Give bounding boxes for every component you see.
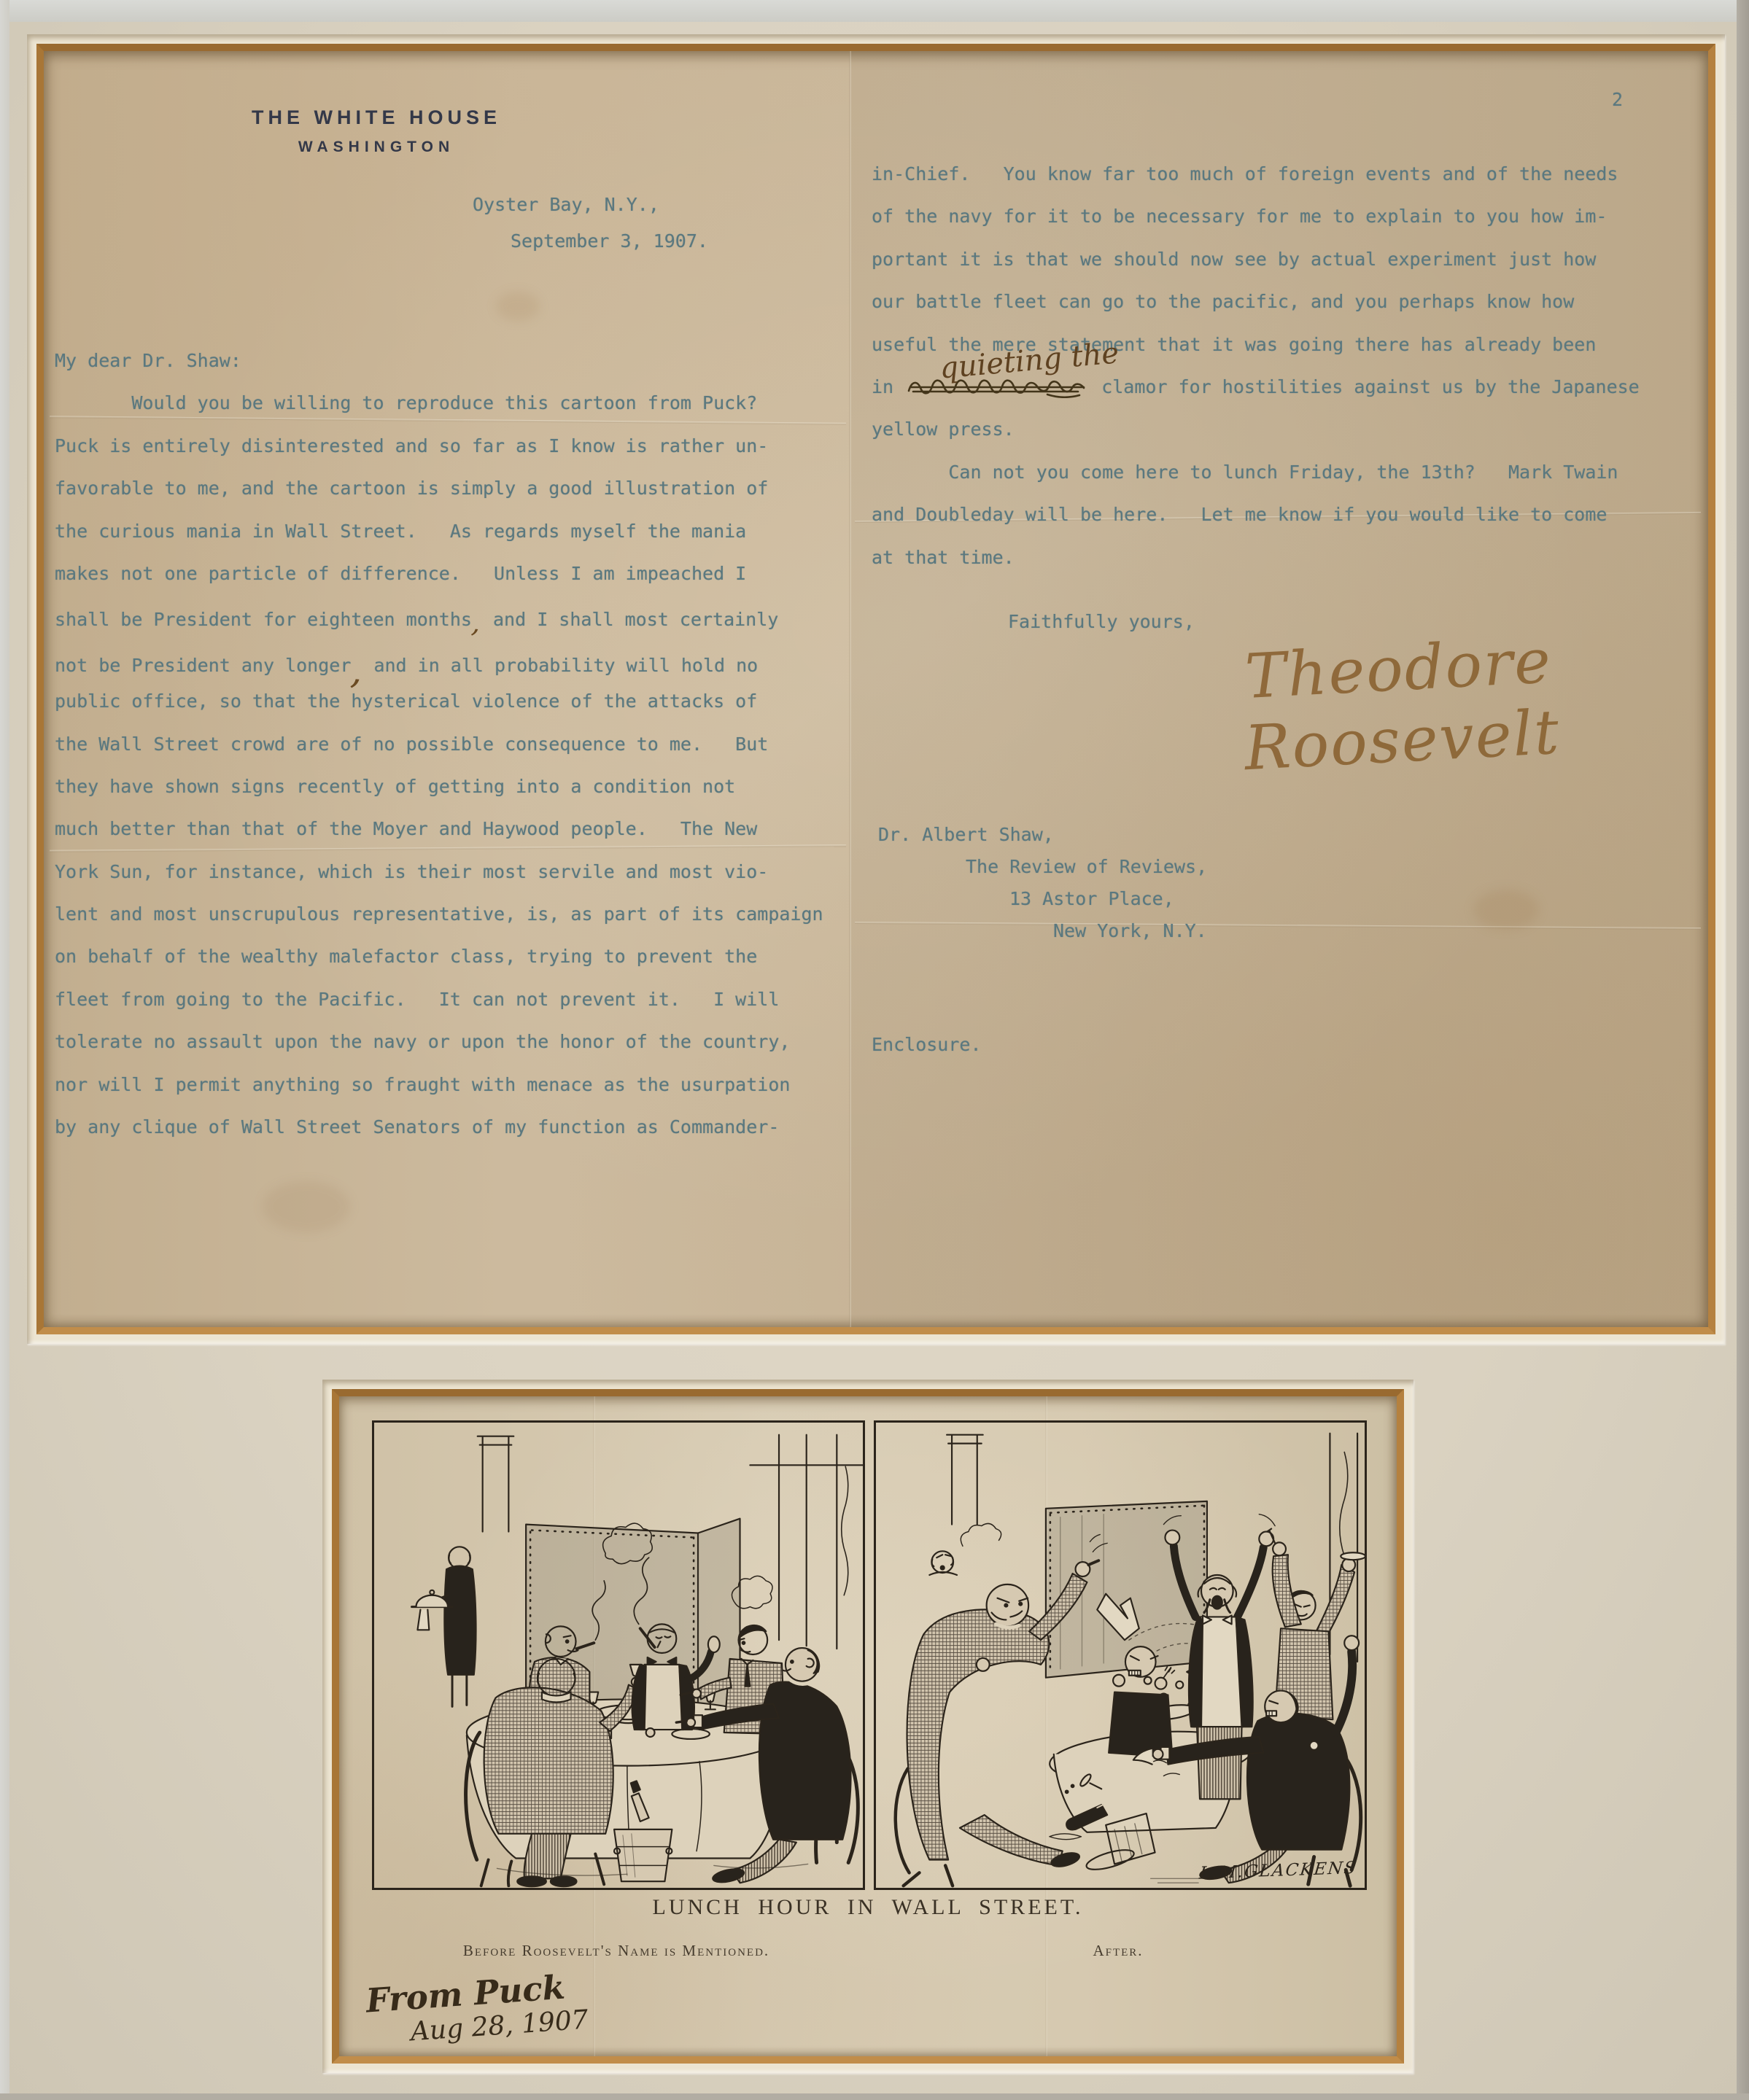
paper-stain <box>1473 890 1539 930</box>
address-line: 13 Astor Place, <box>878 887 1207 919</box>
address-line: New York, N.Y. <box>878 919 1207 951</box>
cartoon-before-art <box>374 1423 863 1888</box>
cartoon-gilt-fillet: L.M.GLACKENS LUNCH HOUR IN WALL STREET. … <box>332 1389 1404 2064</box>
cartoon-title: LUNCH HOUR IN WALL STREET. <box>339 1895 1397 1920</box>
letterhead-line1: THE WHITE HOUSE <box>44 106 709 129</box>
typed-line: on behalf of the wealthy malefactor clas… <box>55 944 823 987</box>
typed-line: our battle fleet can go to the pacific, … <box>872 289 1640 332</box>
frame-edge-bottom <box>0 2093 1749 2100</box>
letter-paper: 2 THE WHITE HOUSE WASHINGTON Oyster Bay,… <box>44 51 1708 1327</box>
typed-fragment: and I shall most certainly <box>482 609 778 630</box>
cartoon-panel-after <box>874 1420 1367 1890</box>
paper-stain <box>263 1181 350 1232</box>
dateline-place: Oyster Bay, N.Y., <box>473 194 659 215</box>
typed-line: the curious mania in Wall Street. As reg… <box>55 519 823 561</box>
typed-line: not be President any longer, and in all … <box>55 647 823 689</box>
letter-gilt-fillet: 2 THE WHITE HOUSE WASHINGTON Oyster Bay,… <box>36 44 1715 1334</box>
handwritten-comma: , <box>470 610 483 636</box>
address-line: The Review of Reviews, <box>878 855 1207 887</box>
frame-edge-left <box>0 0 9 2100</box>
typed-line: favorable to me, and the cartoon is simp… <box>55 476 823 518</box>
typed-line: makes not one particle of difference. Un… <box>55 561 823 604</box>
frame-edge-top <box>0 0 1749 22</box>
letter-mat-opening: 2 THE WHITE HOUSE WASHINGTON Oyster Bay,… <box>27 34 1725 1344</box>
typed-line: the Wall Street crowd are of no possible… <box>55 732 823 774</box>
typed-fragment: not be President any longer <box>55 655 351 676</box>
closing-line: Faithfully yours, <box>1008 611 1195 632</box>
signature-theodore-roosevelt: Theodore Roosevelt <box>1076 616 1708 793</box>
typed-line: by any clique of Wall Street Senators of… <box>55 1115 823 1157</box>
paper-fold-center <box>849 51 851 1327</box>
typed-line: of the navy for it to be necessary for m… <box>872 204 1640 246</box>
frame-edge-right <box>1737 0 1749 2100</box>
typed-line: fleet from going to the Pacific. It can … <box>55 987 823 1030</box>
enclosure-line: Enclosure. <box>872 1034 982 1055</box>
handwritten-comma: , <box>350 658 363 683</box>
typed-fragment: and in all probability will hold no <box>362 655 758 676</box>
letterhead-line2: WASHINGTON <box>44 139 709 156</box>
typed-line: My dear Dr. Shaw: <box>55 349 823 391</box>
typed-line: yellow press. <box>872 417 1640 459</box>
typed-fragment: in <box>872 376 904 397</box>
framed-photo: 2 THE WHITE HOUSE WASHINGTON Oyster Bay,… <box>0 0 1749 2100</box>
cartoon-panel-before <box>372 1420 865 1890</box>
typed-line: they have shown signs recently of gettin… <box>55 774 823 817</box>
typed-line: shall be President for eighteen months, … <box>55 604 823 646</box>
cartoon-caption-after: After. <box>874 1942 1362 1960</box>
cartoon-caption-before: Before Roosevelt's Name is Mentioned. <box>372 1942 861 1960</box>
typed-line: nor will I permit anything so fraught wi… <box>55 1073 823 1115</box>
typed-line: Can not you come here to lunch Friday, t… <box>872 460 1640 502</box>
address-line: Dr. Albert Shaw, <box>878 822 1207 855</box>
cartoon-paper: L.M.GLACKENS LUNCH HOUR IN WALL STREET. … <box>339 1396 1397 2056</box>
dateline-date: September 3, 1907. <box>511 230 708 252</box>
cartoon-mat-opening: L.M.GLACKENS LUNCH HOUR IN WALL STREET. … <box>322 1380 1413 2073</box>
typed-line: Would you be willing to reproduce this c… <box>55 391 823 433</box>
typed-line: portant it is that we should now see by … <box>872 247 1640 289</box>
typed-line: in-Chief. You know far too much of forei… <box>872 162 1640 204</box>
typed-line: much better than that of the Moyer and H… <box>55 817 823 859</box>
address-block: Dr. Albert Shaw, The Review of Reviews, … <box>878 822 1207 951</box>
typed-line: York Sun, for instance, which is their m… <box>55 860 823 902</box>
handwritten-provenance-note: From Puck Aug 28, 1907 <box>365 1967 589 2050</box>
typed-line: public office, so that the hysterical vi… <box>55 689 823 731</box>
page-number: 2 <box>1612 89 1623 110</box>
typed-line: Puck is entirely disinterested and so fa… <box>55 434 823 476</box>
typed-fragment: shall be President for eighteen months <box>55 609 472 630</box>
typed-line: tolerate no assault upon the navy or upo… <box>55 1030 823 1072</box>
typed-line: and Doubleday will be here. Let me know … <box>872 502 1640 545</box>
typed-line: at that time. <box>872 545 1640 588</box>
letter-body-left: My dear Dr. Shaw: Would you be willing t… <box>55 349 823 1157</box>
paper-stain <box>496 292 540 321</box>
cartoon-after-art <box>876 1423 1365 1888</box>
typed-line: lent and most unscrupulous representativ… <box>55 902 823 944</box>
typed-fragment: clamor for hostilities against us by the… <box>1090 376 1640 397</box>
